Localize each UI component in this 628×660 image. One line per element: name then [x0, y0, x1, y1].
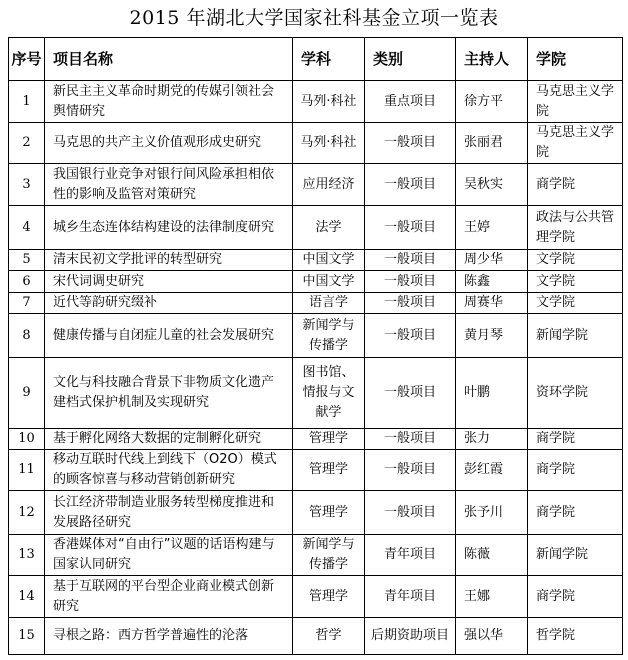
cell-school: 商学院	[528, 576, 623, 618]
cell-no: 3	[9, 164, 45, 206]
cell-subject: 应用经济	[293, 164, 365, 206]
cell-school: 马克思主义学院	[528, 123, 623, 164]
table-row: 9文化与科技融合背景下非物质文化遗产建档式保护机制及实现研究图书馆、情报与文献学…	[9, 358, 623, 429]
header-no: 序号	[9, 38, 45, 81]
cell-type: 一般项目	[365, 164, 456, 206]
cell-school: 新闻学院	[528, 314, 623, 358]
cell-type: 青年项目	[365, 576, 456, 618]
cell-school: 哲学院	[528, 618, 623, 655]
table-row: 11移动互联时代线上到线下（O2O）模式的顾客惊喜与移动营销创新研究管理学一般项…	[9, 450, 623, 491]
cell-subject: 马列·科社	[293, 81, 365, 123]
cell-subject: 语言学	[293, 293, 365, 314]
cell-project-name: 基于孵化网络大数据的定制孵化研究	[45, 429, 293, 450]
cell-school: 新闻学院	[528, 535, 623, 576]
cell-type: 一般项目	[365, 429, 456, 450]
cell-project-name: 宋代词调史研究	[45, 271, 293, 293]
cell-project-name: 城乡生态连体结构建设的法律制度研究	[45, 206, 293, 250]
cell-type: 一般项目	[365, 206, 456, 250]
cell-project-name: 健康传播与自闭症儿童的社会发展研究	[45, 314, 293, 358]
cell-subject: 管理学	[293, 429, 365, 450]
cell-pi: 彭红霞	[456, 450, 528, 491]
cell-subject: 中国文学	[293, 271, 365, 293]
header-name: 项目名称	[45, 38, 293, 81]
cell-no: 9	[9, 358, 45, 429]
cell-pi: 陈薇	[456, 535, 528, 576]
header-pi: 主持人	[456, 38, 528, 81]
cell-type: 一般项目	[365, 450, 456, 491]
cell-project-name: 我国银行业竞争对银行间风险承担相依性的影响及监管对策研究	[45, 164, 293, 206]
cell-subject: 法学	[293, 206, 365, 250]
cell-project-name: 新民主主义革命时期党的传媒引领社会舆情研究	[45, 81, 293, 123]
cell-subject: 管理学	[293, 491, 365, 535]
cell-subject: 哲学	[293, 618, 365, 655]
cell-no: 1	[9, 81, 45, 123]
cell-school: 政法与公共管理学院	[528, 206, 623, 250]
cell-pi: 周少华	[456, 250, 528, 271]
cell-no: 10	[9, 429, 45, 450]
cell-subject: 中国文学	[293, 250, 365, 271]
cell-project-name: 基于互联网的平台型企业商业模式创新研究	[45, 576, 293, 618]
cell-subject: 图书馆、情报与文献学	[293, 358, 365, 429]
cell-school: 商学院	[528, 491, 623, 535]
header-type: 类别	[365, 38, 456, 81]
cell-project-name: 近代等韵研究缀补	[45, 293, 293, 314]
cell-subject: 新闻学与传播学	[293, 535, 365, 576]
table-row: 13香港媒体对“自由行”议题的话语构建与国家认同研究新闻学与传播学青年项目陈薇新…	[9, 535, 623, 576]
table-row: 12长江经济带制造业服务转型梯度推进和发展路径研究管理学一般项目张予川商学院	[9, 491, 623, 535]
header-school: 学院	[528, 38, 623, 81]
cell-project-name: 香港媒体对“自由行”议题的话语构建与国家认同研究	[45, 535, 293, 576]
cell-no: 4	[9, 206, 45, 250]
cell-type: 后期资助项目	[365, 618, 456, 655]
cell-no: 13	[9, 535, 45, 576]
cell-no: 7	[9, 293, 45, 314]
cell-subject: 管理学	[293, 450, 365, 491]
cell-pi: 徐方平	[456, 81, 528, 123]
cell-project-name: 寻根之路：西方哲学普遍性的沦落	[45, 618, 293, 655]
cell-type: 一般项目	[365, 293, 456, 314]
table-row: 14基于互联网的平台型企业商业模式创新研究管理学青年项目王娜商学院	[9, 576, 623, 618]
table-row: 2马克思的共产主义价值观形成史研究马列·科社一般项目张丽君马克思主义学院	[9, 123, 623, 164]
cell-school: 马克思主义学院	[528, 81, 623, 123]
cell-project-name: 移动互联时代线上到线下（O2O）模式的顾客惊喜与移动营销创新研究	[45, 450, 293, 491]
table-row: 1新民主主义革命时期党的传媒引领社会舆情研究马列·科社重点项目徐方平马克思主义学…	[9, 81, 623, 123]
cell-type: 一般项目	[365, 358, 456, 429]
cell-no: 12	[9, 491, 45, 535]
cell-type: 一般项目	[365, 271, 456, 293]
table-row: 15寻根之路：西方哲学普遍性的沦落哲学后期资助项目强以华哲学院	[9, 618, 623, 655]
cell-type: 一般项目	[365, 314, 456, 358]
cell-type: 一般项目	[365, 491, 456, 535]
cell-school: 商学院	[528, 164, 623, 206]
cell-pi: 王娜	[456, 576, 528, 618]
cell-no: 8	[9, 314, 45, 358]
header-row: 序号 项目名称 学科 类别 主持人 学院	[9, 38, 623, 81]
cell-type: 一般项目	[365, 250, 456, 271]
cell-school: 文学院	[528, 271, 623, 293]
header-subject: 学科	[293, 38, 365, 81]
table-row: 10基于孵化网络大数据的定制孵化研究管理学一般项目张力商学院	[9, 429, 623, 450]
cell-pi: 陈鑫	[456, 271, 528, 293]
cell-subject: 管理学	[293, 576, 365, 618]
cell-pi: 王婷	[456, 206, 528, 250]
cell-subject: 新闻学与传播学	[293, 314, 365, 358]
cell-subject: 马列·科社	[293, 123, 365, 164]
cell-pi: 张予川	[456, 491, 528, 535]
cell-school: 商学院	[528, 429, 623, 450]
cell-project-name: 马克思的共产主义价值观形成史研究	[45, 123, 293, 164]
cell-pi: 张丽君	[456, 123, 528, 164]
cell-school: 资环学院	[528, 358, 623, 429]
projects-table: 序号 项目名称 学科 类别 主持人 学院 1新民主主义革命时期党的传媒引领社会舆…	[8, 37, 623, 655]
table-row: 7近代等韵研究缀补语言学一般项目周赛华文学院	[9, 293, 623, 314]
cell-school: 文学院	[528, 293, 623, 314]
page-title: 2015 年湖北大学国家社科基金立项一览表	[0, 6, 628, 30]
table-row: 3我国银行业竞争对银行间风险承担相依性的影响及监管对策研究应用经济一般项目吴秋实…	[9, 164, 623, 206]
cell-no: 5	[9, 250, 45, 271]
cell-project-name: 文化与科技融合背景下非物质文化遗产建档式保护机制及实现研究	[45, 358, 293, 429]
table-row: 5清末民初文学批评的转型研究中国文学一般项目周少华文学院	[9, 250, 623, 271]
cell-pi: 张力	[456, 429, 528, 450]
cell-project-name: 长江经济带制造业服务转型梯度推进和发展路径研究	[45, 491, 293, 535]
cell-type: 青年项目	[365, 535, 456, 576]
table-row: 4城乡生态连体结构建设的法律制度研究法学一般项目王婷政法与公共管理学院	[9, 206, 623, 250]
cell-no: 15	[9, 618, 45, 655]
cell-no: 6	[9, 271, 45, 293]
table-row: 6宋代词调史研究中国文学一般项目陈鑫文学院	[9, 271, 623, 293]
cell-pi: 周赛华	[456, 293, 528, 314]
cell-pi: 吴秋实	[456, 164, 528, 206]
cell-project-name: 清末民初文学批评的转型研究	[45, 250, 293, 271]
cell-pi: 叶鹏	[456, 358, 528, 429]
cell-school: 商学院	[528, 450, 623, 491]
cell-no: 11	[9, 450, 45, 491]
cell-type: 一般项目	[365, 123, 456, 164]
table-row: 8健康传播与自闭症儿童的社会发展研究新闻学与传播学一般项目黄月琴新闻学院	[9, 314, 623, 358]
cell-pi: 强以华	[456, 618, 528, 655]
cell-school: 文学院	[528, 250, 623, 271]
cell-no: 2	[9, 123, 45, 164]
cell-type: 重点项目	[365, 81, 456, 123]
cell-pi: 黄月琴	[456, 314, 528, 358]
cell-no: 14	[9, 576, 45, 618]
